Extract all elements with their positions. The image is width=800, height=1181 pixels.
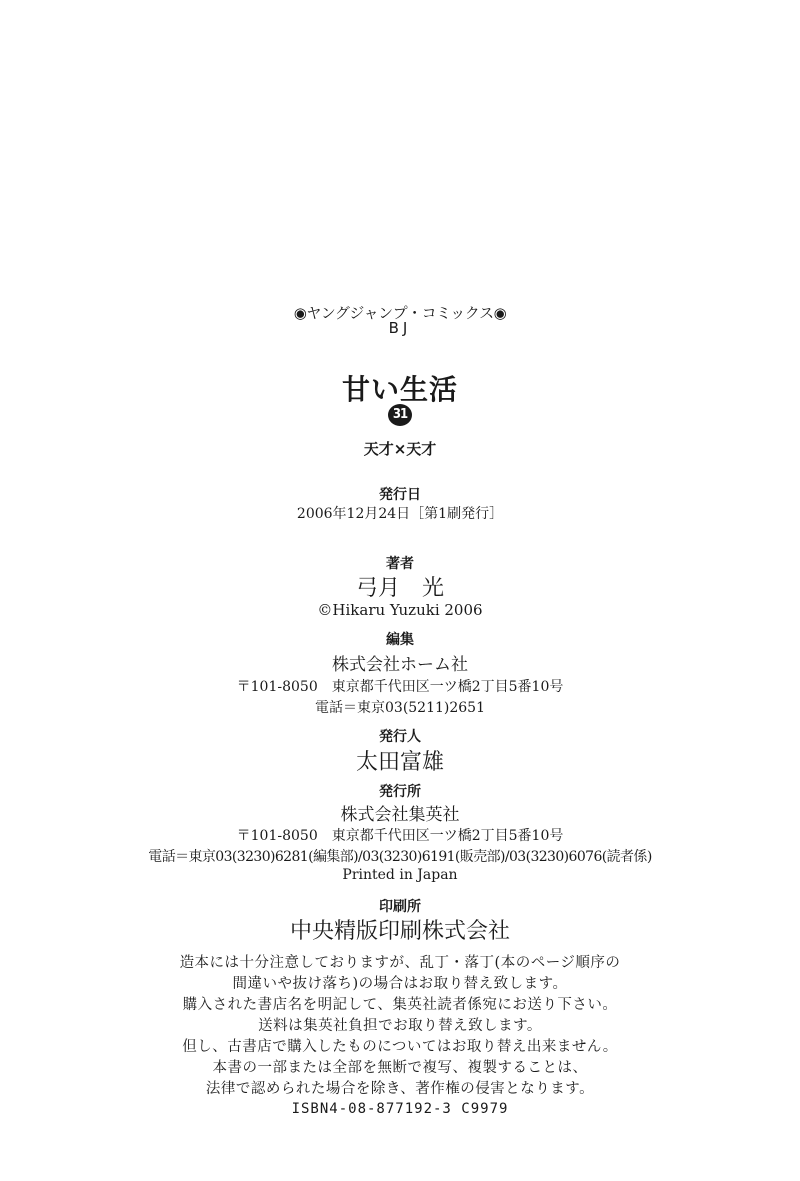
publisher-person-name: 太田富雄 xyxy=(0,745,800,776)
notice-line: 購入された書店名を明記して、集英社読者係宛にお送り下さい。 xyxy=(0,993,800,1014)
notice-line: 送料は集英社負担でお取り替え致します。 xyxy=(0,1014,800,1035)
series-sub-label: BJ xyxy=(0,319,800,337)
author-name: 弓月 光 xyxy=(0,571,800,602)
printer-label: 印刷所 xyxy=(0,896,800,916)
book-subtitle: 天才×天才 xyxy=(0,438,800,459)
editor-company: 株式会社ホーム社 xyxy=(0,650,800,675)
book-title: 甘い生活 xyxy=(0,368,800,408)
notice-line: 本書の一部または全部を無断で複写、複製することは、 xyxy=(0,1056,800,1077)
notice-line: 造本には十分注意しておりますが、乱丁・落丁(本のページ順序の xyxy=(0,951,800,972)
volume-badge: 31 xyxy=(388,404,412,426)
printed-in-japan: Printed in Japan xyxy=(0,867,800,883)
publication-date-label: 発行日 xyxy=(0,484,800,504)
editor-phone: 電話＝東京03(5211)2651 xyxy=(0,697,800,717)
editor-address: 〒101-8050 東京都千代田区一ツ橋2丁目5番10号 xyxy=(0,676,800,696)
colophon-page: ◉ヤングジャンプ・コミックス◉ BJ 甘い生活 31 天才×天才 発行日 200… xyxy=(0,0,800,1181)
publisher-company: 株式会社集英社 xyxy=(0,800,800,825)
editor-label: 編集 xyxy=(0,629,800,649)
publication-date-value: 2006年12月24日［第1刷発行］ xyxy=(0,503,800,523)
author-copyright: ©Hikaru Yuzuki 2006 xyxy=(0,601,800,619)
publisher-address: 〒101-8050 東京都千代田区一ツ橋2丁目5番10号 xyxy=(0,825,800,845)
publisher-person-label: 発行人 xyxy=(0,726,800,746)
publisher-label: 発行所 xyxy=(0,781,800,801)
printer-company: 中央精版印刷株式会社 xyxy=(0,914,800,945)
notice-line: 法律で認められた場合を除き、著作権の侵害となります。 xyxy=(0,1077,800,1098)
notice-line: 但し、古書店で購入したものについてはお取り替え出来ません。 xyxy=(0,1035,800,1056)
notice-line: 間違いや抜け落ち)の場合はお取り替え致します。 xyxy=(0,972,800,993)
isbn-code: ISBN4-08-877192-3 C9979 xyxy=(0,1101,800,1117)
author-label: 著者 xyxy=(0,553,800,573)
publisher-phone: 電話＝東京03(3230)6281(編集部)/03(3230)6191(販売部)… xyxy=(0,846,800,866)
